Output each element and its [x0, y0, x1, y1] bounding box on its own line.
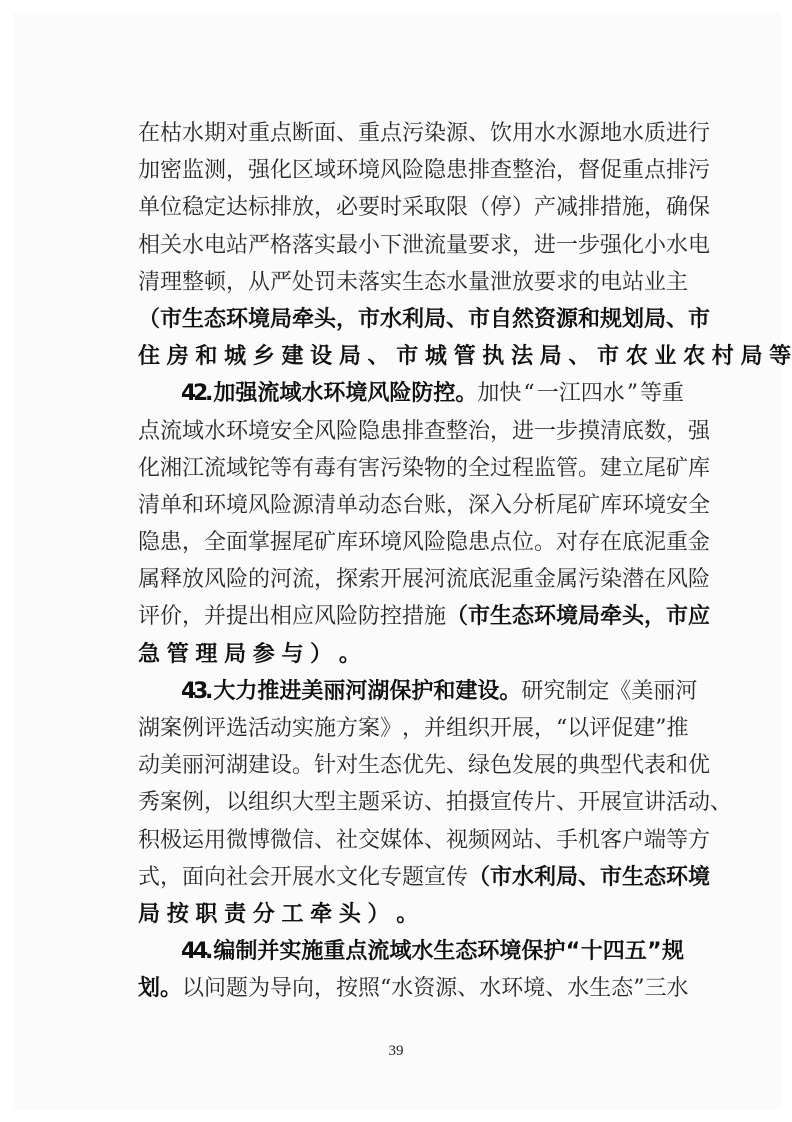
text-line: 43.大力推进美丽河湖保护和建设。研究制定《美丽河: [138, 673, 684, 710]
text-line: 相关水电站严格落实最小下泄流量要求，进一步强化小水电: [138, 227, 684, 264]
text-line: 点流域水环境安全风险隐患排查整治，进一步摸清底数，强: [138, 413, 684, 450]
text-line: 局按职责分工牵头）。: [138, 896, 684, 933]
paragraph-item-43: 43.大力推进美丽河湖保护和建设。研究制定《美丽河湖案例评选活动实施方案》，并组…: [138, 673, 684, 933]
scanned-page: 在枯水期对重点断面、重点污染源、饮用水水源地水质进行加密监测，强化区域环境风险隐…: [13, 12, 781, 1110]
text-line: 评价，并提出相应风险防控措施（市生态环境局牵头，市应: [138, 598, 684, 635]
text-line: 在枯水期对重点断面、重点污染源、饮用水水源地水质进行: [138, 115, 684, 152]
text-line: 隐患，全面掌握尾矿库环境风险隐患点位。对存在底泥重金: [138, 524, 684, 561]
text-line: 清理整顿，从严处罚未落实生态水量泄放要求的电站业主: [138, 264, 684, 301]
text-line: 44.编制并实施重点流域水生态环境保护“十四五”规: [138, 933, 684, 970]
paragraph-continuation: 在枯水期对重点断面、重点污染源、饮用水水源地水质进行加密监测，强化区域环境风险隐…: [138, 115, 684, 375]
paragraph-item-42: 42.加强流域水环境风险防控。加快“一江四水”等重点流域水环境安全风险隐患排查整…: [138, 375, 684, 673]
text-line: 住房和城乡建设局、市城管执法局、市农业农村局等参与）。: [138, 338, 684, 375]
document-body: 在枯水期对重点断面、重点污染源、饮用水水源地水质进行加密监测，强化区域环境风险隐…: [138, 115, 684, 1008]
text-line: 清单和环境风险源清单动态台账，深入分析尾矿库环境安全: [138, 487, 684, 524]
text-line: 化湘江流域铊等有毒有害污染物的全过程监管。建立尾矿库: [138, 450, 684, 487]
text-line: 划。以问题为导向，按照“水资源、水环境、水生态”三水: [138, 970, 684, 1007]
text-line: 42.加强流域水环境风险防控。加快“一江四水”等重: [138, 375, 684, 412]
text-line: （市生态环境局牵头，市水利局、市自然资源和规划局、市: [138, 301, 684, 338]
paragraph-item-44: 44.编制并实施重点流域水生态环境保护“十四五”规划。以问题为导向，按照“水资源…: [138, 933, 684, 1007]
text-line: 加密监测，强化区域环境风险隐患排查整治，督促重点排污: [138, 152, 684, 189]
text-line: 式，面向社会开展水文化专题宣传（市水利局、市生态环境: [138, 859, 684, 896]
text-line: 急管理局参与）。: [138, 636, 684, 673]
text-line: 秀案例，以组织大型主题采访、拍摄宣传片、开展宣讲活动、: [138, 784, 684, 821]
text-line: 湖案例评选活动实施方案》，并组织开展，“以评促建”推: [138, 710, 684, 747]
text-line: 属释放风险的河流，探索开展河流底泥重金属污染潜在风险: [138, 561, 684, 598]
text-line: 单位稳定达标排放，必要时采取限（停）产减排措施，确保: [138, 189, 684, 226]
page-number: 39: [0, 1043, 792, 1060]
text-line: 动美丽河湖建设。针对生态优先、绿色发展的典型代表和优: [138, 747, 684, 784]
text-line: 积极运用微博微信、社交媒体、视频网站、手机客户端等方: [138, 822, 684, 859]
